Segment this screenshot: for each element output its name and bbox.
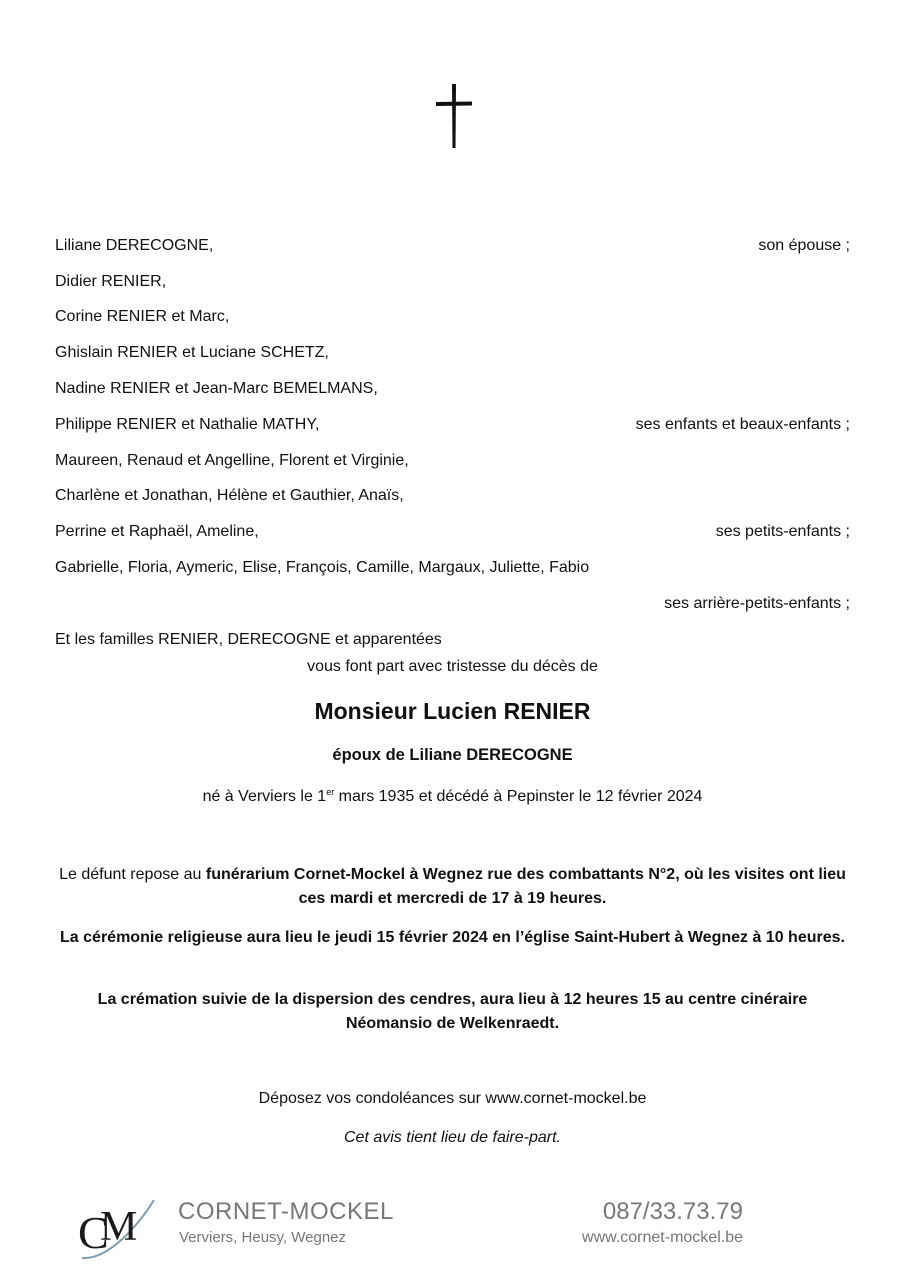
family-row: Liliane DERECOGNE,son épouse ; [55, 228, 850, 264]
birth-death-dates: né à Verviers le 1er mars 1935 et décédé… [0, 787, 905, 806]
family-names: Corine RENIER et Marc, [55, 308, 229, 326]
family-names: Nadine RENIER et Jean-Marc BEMELMANS, [55, 380, 378, 398]
family-relation: ses petits-enfants ; [716, 523, 850, 541]
announcement: vous font part avec tristesse du décès d… [0, 658, 905, 676]
dates-superscript: er [326, 787, 334, 797]
family-relation: ses enfants et beaux-enfants ; [636, 416, 850, 434]
spouse-line: époux de Liliane DERECOGNE [0, 746, 905, 765]
family-row: Charlène et Jonathan, Hélène et Gauthier… [55, 479, 850, 515]
family-relation: ses arrière-petits-enfants ; [664, 595, 850, 613]
faire-part-note: Cet avis tient lieu de faire-part. [0, 1129, 905, 1147]
family-names: Didier RENIER, [55, 273, 166, 291]
family-names: Gabrielle, Floria, Aymeric, Elise, Franç… [55, 559, 589, 577]
cross-icon [435, 82, 473, 150]
family-row: Corine RENIER et Marc, [55, 300, 850, 336]
repose-prefix: Le défunt repose au [59, 866, 206, 883]
family-row: Ghislain RENIER et Luciane SCHETZ, [55, 335, 850, 371]
family-names: Perrine et Raphaël, Ameline, [55, 523, 259, 541]
brand-name: CORNET-MOCKEL [178, 1198, 394, 1226]
dates-suffix: mars 1935 et décédé à Pepinster le 12 fé… [334, 788, 702, 805]
family-names: Liliane DERECOGNE, [55, 237, 213, 255]
family-list: Liliane DERECOGNE,son épouse ;Didier REN… [55, 228, 850, 658]
brand-locations: Verviers, Heusy, Wegnez [179, 1229, 346, 1246]
repose-paragraph: Le défunt repose au funérarium Cornet-Mo… [55, 863, 850, 911]
condolences-line: Déposez vos condoléances sur www.cornet-… [0, 1090, 905, 1108]
family-row: ses arrière-petits-enfants ; [55, 586, 850, 622]
family-row: Maureen, Renaud et Angelline, Florent et… [55, 443, 850, 479]
cm-monogram-logo-icon: C M [78, 1196, 158, 1264]
family-row: Gabrielle, Floria, Aymeric, Elise, Franç… [55, 550, 850, 586]
family-row: Didier RENIER, [55, 264, 850, 300]
family-names: Et les familles RENIER, DERECOGNE et app… [55, 631, 442, 649]
svg-text:M: M [100, 1204, 137, 1250]
ceremony-paragraph: La cérémonie religieuse aura lieu le jeu… [55, 926, 850, 950]
family-names: Charlène et Jonathan, Hélène et Gauthier… [55, 487, 404, 505]
family-row: Perrine et Raphaël, Ameline,ses petits-e… [55, 514, 850, 550]
family-row: Nadine RENIER et Jean-Marc BEMELMANS, [55, 371, 850, 407]
cremation-paragraph: La crémation suivie de la dispersion des… [55, 988, 850, 1036]
family-names: Maureen, Renaud et Angelline, Florent et… [55, 452, 409, 470]
repose-details: funérarium Cornet-Mockel à Wegnez rue de… [206, 866, 846, 907]
family-relation: son épouse ; [758, 237, 850, 255]
dates-prefix: né à Verviers le 1 [203, 788, 327, 805]
phone-number: 087/33.73.79 [603, 1198, 743, 1226]
family-names: Ghislain RENIER et Luciane SCHETZ, [55, 344, 329, 362]
website-link[interactable]: www.cornet-mockel.be [582, 1229, 743, 1247]
family-row: Philippe RENIER et Nathalie MATHY,ses en… [55, 407, 850, 443]
deceased-name: Monsieur Lucien RENIER [0, 698, 905, 725]
family-names: Philippe RENIER et Nathalie MATHY, [55, 416, 319, 434]
family-row: Et les familles RENIER, DERECOGNE et app… [55, 622, 850, 658]
